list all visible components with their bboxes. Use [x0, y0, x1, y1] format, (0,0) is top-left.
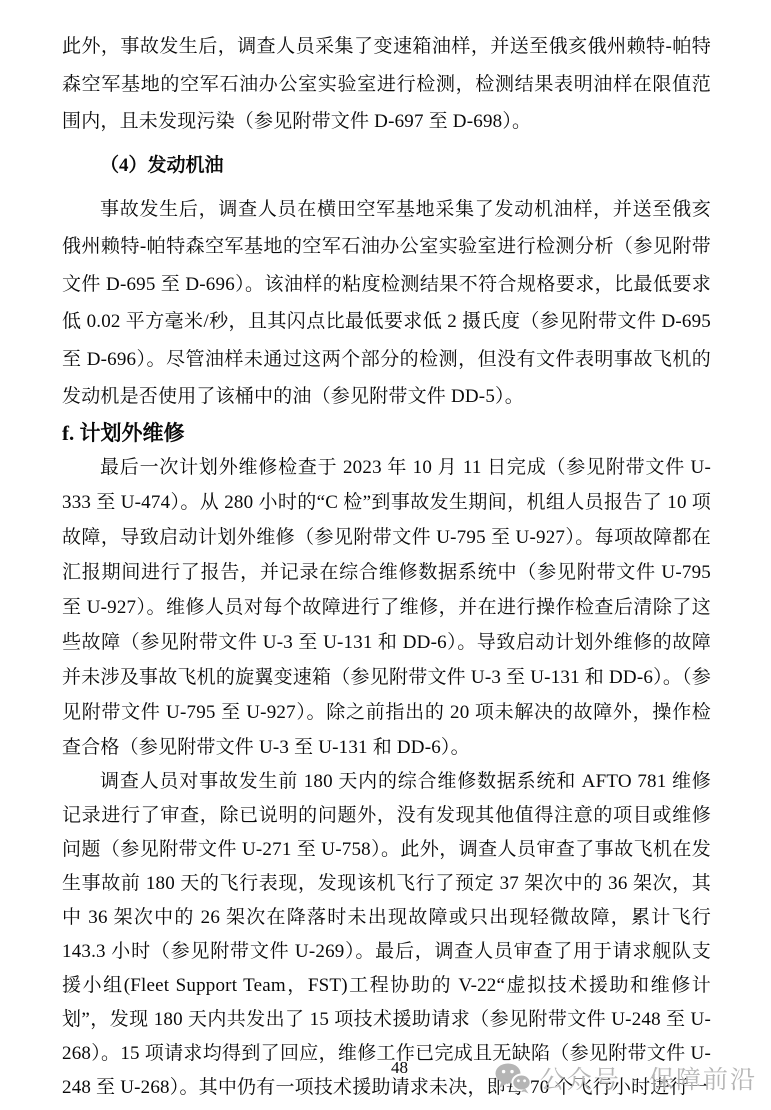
page-content: 此外，事故发生后，调查人员采集了变速箱油样，并送至俄亥俄州赖特-帕特森空军基地的…	[62, 0, 711, 1105]
heading-unscheduled-maintenance: f. 计划外维修	[62, 416, 711, 450]
document-page: 此外，事故发生后，调查人员采集了变速箱油样，并送至俄亥俄州赖特-帕特森空军基地的…	[0, 0, 771, 1110]
watermark: 公众号 · 保障前沿	[495, 1060, 757, 1096]
paragraph-unscheduled-1: 最后一次计划外维修检查于 2023 年 10 月 11 日完成（参见附带文件 U…	[62, 450, 711, 765]
heading-engine-oil: （4）发动机油	[62, 151, 711, 181]
wechat-icon	[495, 1063, 531, 1094]
paragraph-unscheduled-2: 调查人员对事故发生前 180 天内的综合维修数据系统和 AFTO 781 维修记…	[62, 765, 711, 1105]
watermark-text: 公众号 · 保障前沿	[540, 1060, 757, 1096]
paragraph-transmission-oil: 此外，事故发生后，调查人员采集了变速箱油样，并送至俄亥俄州赖特-帕特森空军基地的…	[62, 28, 711, 141]
paragraph-engine-oil: 事故发生后，调查人员在横田空军基地采集了发动机油样，并送至俄亥俄州赖特-帕特森空…	[62, 191, 711, 416]
